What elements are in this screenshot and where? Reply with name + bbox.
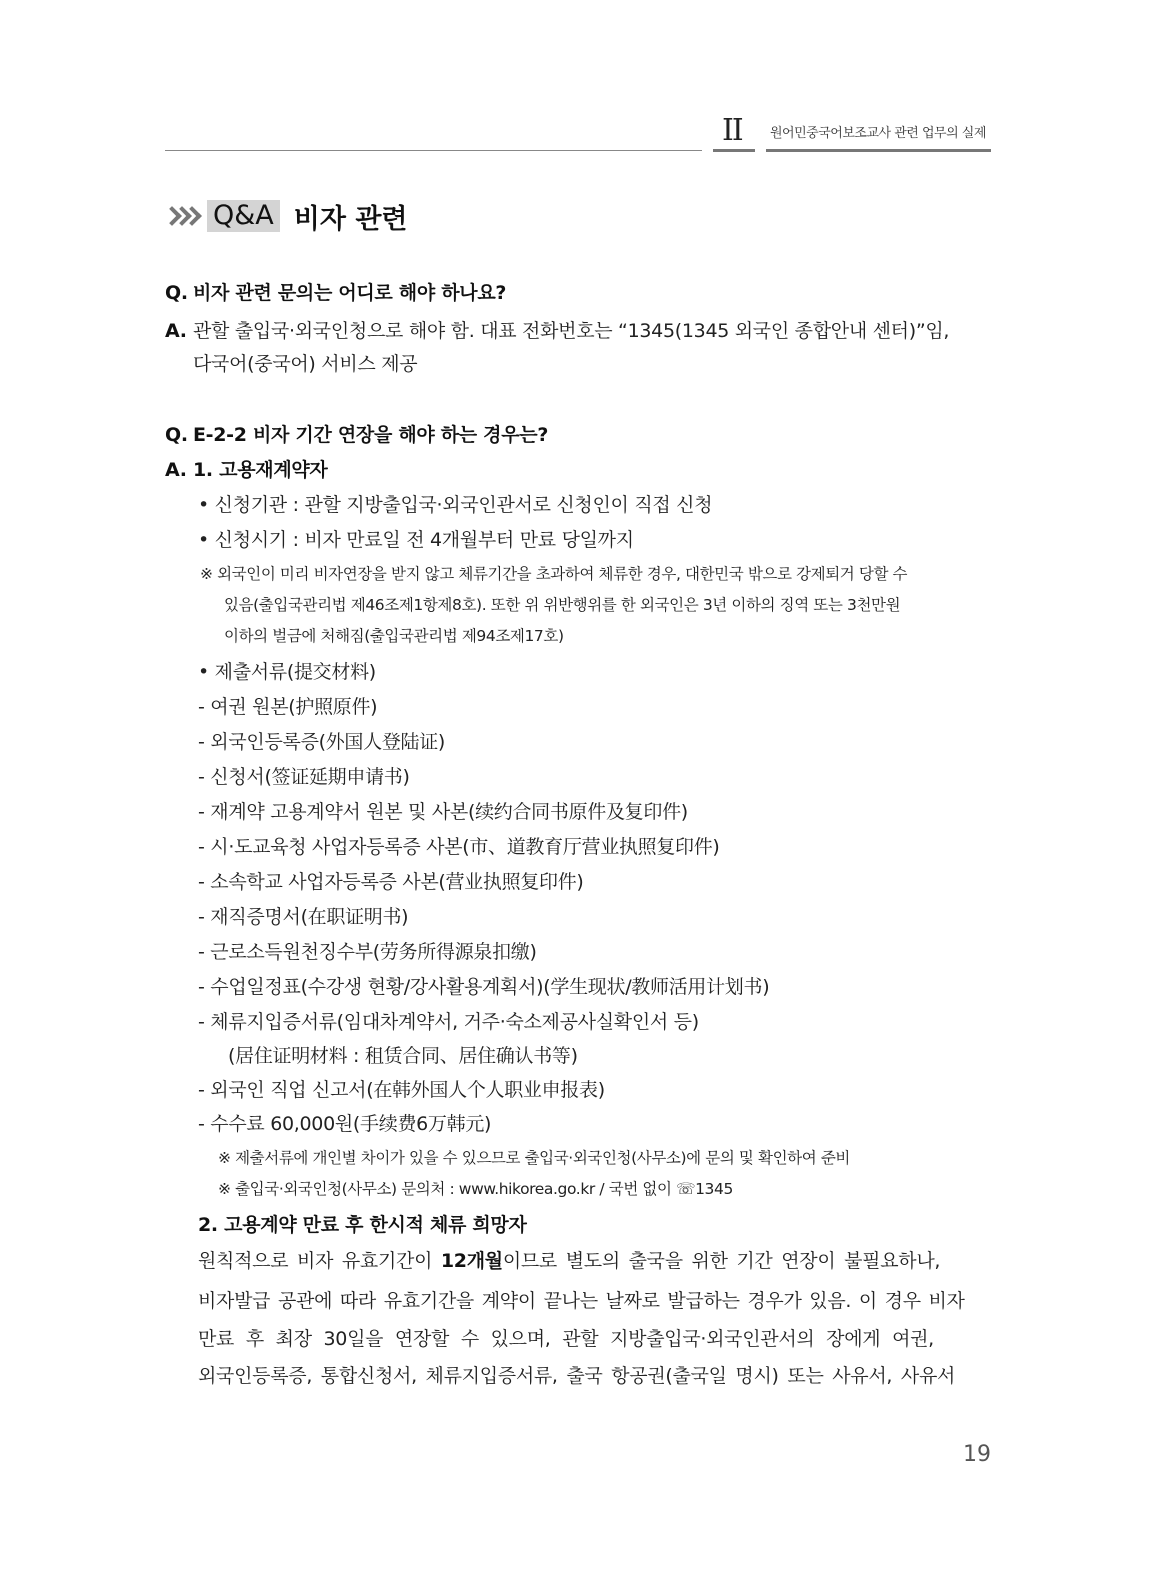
document-item-fee: - 수수료 60,000원(手续费6万韩元) — [198, 1109, 491, 1136]
answer-2-subsection-2-title: 2. 고용계약 만료 후 한시적 체류 희망자 — [198, 1210, 527, 1237]
document-item: - 재계약 고용계약서 원본 및 사본(续约合同书原件及复印件) — [198, 797, 688, 824]
paragraph-line-4: 외국인등록증, 통합신청서, 체류지입증서류, 출국 항공권(출국일 명시) 또… — [198, 1361, 955, 1388]
note-overstay-line-1: ※ 외국인이 미리 비자연장을 받지 않고 체류기간을 초과하여 체류한 경우,… — [200, 562, 907, 584]
section-heading: Q&A 비자 관련 — [165, 199, 408, 233]
bullet-apply-period: • 신청시기 : 비자 만료일 전 4개월부터 만료 당일까지 — [198, 525, 634, 552]
chapter-numeral: II — [722, 116, 742, 146]
document-item: - 여권 원본(护照原件) — [198, 692, 377, 719]
note-contact: ※ 출입국·외국인청(사무소) 문의처 : www.hikorea.go.kr … — [218, 1177, 733, 1199]
document-item: - 시·도교육청 사업자등록증 사본(市、道教育厅营业执照复印件) — [198, 832, 720, 859]
paragraph-line-2: 비자발급 공관에 따라 유효기간을 계약이 끝나는 날짜로 발급하는 경우가 있… — [198, 1286, 965, 1313]
document-item: - 체류지입증서류(임대차계약서, 거주·숙소제공사실확인서 등) — [198, 1007, 699, 1034]
page-number: 19 — [963, 1442, 991, 1467]
chapter-numeral-bar — [713, 149, 755, 152]
documents-title: • 제출서류(提交材料) — [198, 657, 376, 684]
document-item: - 근로소득원천징수부(劳务所得源泉扣缴) — [198, 937, 537, 964]
bullet-apply-office: • 신청기관 : 관할 지방출입국·외국인관서로 신청인이 직접 신청 — [198, 490, 712, 517]
chapter-title-bar — [766, 149, 991, 152]
document-item-continuation: (居住证明材料 : 租赁合同、居住确认书等) — [228, 1041, 578, 1068]
header-rule — [165, 150, 702, 151]
section-title: 비자 관련 — [294, 197, 408, 236]
document-item: - 외국인등록증(外国人登陆证) — [198, 727, 445, 754]
qa-badge: Q&A — [207, 200, 280, 232]
paragraph-line-3: 만료 후 최장 30일을 연장할 수 있으며, 관할 지방출입국·외국인관서의 … — [198, 1324, 934, 1351]
chapter-title: 원어민중국어보조교사 관련 업무의 실제 — [770, 122, 986, 141]
triple-chevron-right-icon — [165, 206, 195, 226]
document-item: - 신청서(签证延期申请书) — [198, 762, 410, 789]
note-documents-vary: ※ 제출서류에 개인별 차이가 있을 수 있으므로 출입국·외국인청(사무소)에… — [218, 1146, 850, 1168]
note-overstay-line-3: 이하의 벌금에 처해짐(출입국관리법 제94조제17호) — [224, 624, 564, 646]
answer-1-line-1: A.관할 출입국·외국인청으로 해야 함. 대표 전화번호는 “1345(134… — [165, 316, 949, 343]
note-overstay-line-2: 있음(출입국관리법 제46조제1항제8호). 또한 위 위반행위를 한 외국인은… — [224, 593, 900, 615]
answer-2-subsection-1-title: A.1. 고용재계약자 — [165, 455, 327, 482]
document-item: - 외국인 직업 신고서(在韩外国人个人职业申报表) — [198, 1075, 605, 1102]
question-2: Q.E-2-2 비자 기간 연장을 해야 하는 경우는? — [165, 420, 548, 447]
document-item: - 재직증명서(在职证明书) — [198, 902, 408, 929]
answer-1-line-2: 다국어(중국어) 서비스 제공 — [193, 349, 417, 376]
paragraph-line-1: 원칙적으로 비자 유효기간이 12개월이므로 별도의 출국을 위한 기간 연장이… — [198, 1246, 940, 1273]
document-item: - 소속학교 사업자등록증 사본(营业执照复印件) — [198, 867, 584, 894]
document-item: - 수업일정표(수강생 현황/강사활용계획서)(学生现状/教师活用计划书) — [198, 972, 769, 999]
question-1: Q.비자 관련 문의는 어디로 해야 하나요? — [165, 278, 506, 305]
